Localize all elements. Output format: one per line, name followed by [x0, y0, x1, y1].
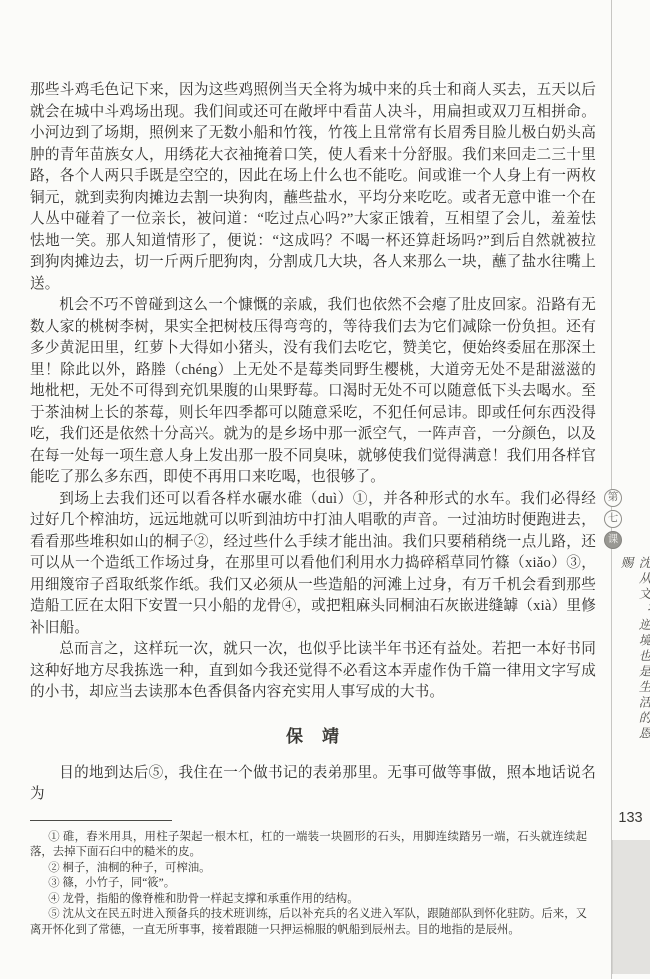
footnote: ② 桐子，油桐的种子，可榨油。 — [30, 861, 587, 877]
lesson-badge-char: 课 — [604, 531, 622, 549]
body-paragraph: 目的地到达后⑤，我住在一个做书记的表弟那里。无事可做等事做，照本地话说名为 — [30, 763, 596, 806]
page-edge-tab — [612, 840, 650, 974]
lesson-badge-char: 七 — [604, 510, 622, 528]
footnote: ⑤ 沈从文在民五时进入预备兵的技术班训练，后以补充兵的名义进入军队，跟随部队到怀… — [30, 907, 587, 938]
lesson-number-badges: 第 七 课 — [604, 489, 622, 552]
body-paragraph: 到场上去我们还可以看各样水碾水碓（duì）①，并各种形式的水车。我们必得经过好几… — [30, 489, 596, 640]
chapter-title-vertical: 沈从文：逆境也是生活的恩赐 — [617, 556, 650, 756]
lesson-badge-char: 第 — [604, 489, 622, 507]
footnote-block: ① 碓，舂米用具，用柱子架起一根木杠，杠的一端装一块圆形的石头，用脚连续踏另一端… — [30, 820, 596, 939]
footnote-divider — [30, 820, 172, 821]
body-paragraph: 机会不巧不曾碰到这么一个慷慨的亲戚，我们也依然不会瘪了肚皮回家。沿路有无数人家的… — [30, 295, 596, 489]
section-heading: 保 靖 — [30, 722, 596, 747]
page-number: 133 — [612, 810, 649, 826]
textbook-page: 那些斗鸡毛色记下来，因为这些鸡照例当天全将为城中来的兵士和商人买去，五天以后就会… — [0, 0, 650, 979]
body-paragraph: 总而言之，这样玩一次，就只一次，也似乎比读半年书还有益处。若把一本好书同这种好地… — [30, 639, 596, 704]
body-paragraph: 那些斗鸡毛色记下来，因为这些鸡照例当天全将为城中来的兵士和商人买去，五天以后就会… — [30, 80, 596, 295]
footnote: ① 碓，舂米用具，用柱子架起一根木杠，杠的一端装一块圆形的石头，用脚连续踏另一端… — [30, 830, 587, 861]
footnote: ③ 篠，小竹子，同“筱”。 — [30, 876, 587, 892]
main-text-column: 那些斗鸡毛色记下来，因为这些鸡照例当天全将为城中来的兵士和商人买去，五天以后就会… — [30, 80, 596, 939]
footnote: ④ 龙骨，指船的像脊椎和肋骨一样起支撑和承重作用的结构。 — [30, 892, 587, 908]
